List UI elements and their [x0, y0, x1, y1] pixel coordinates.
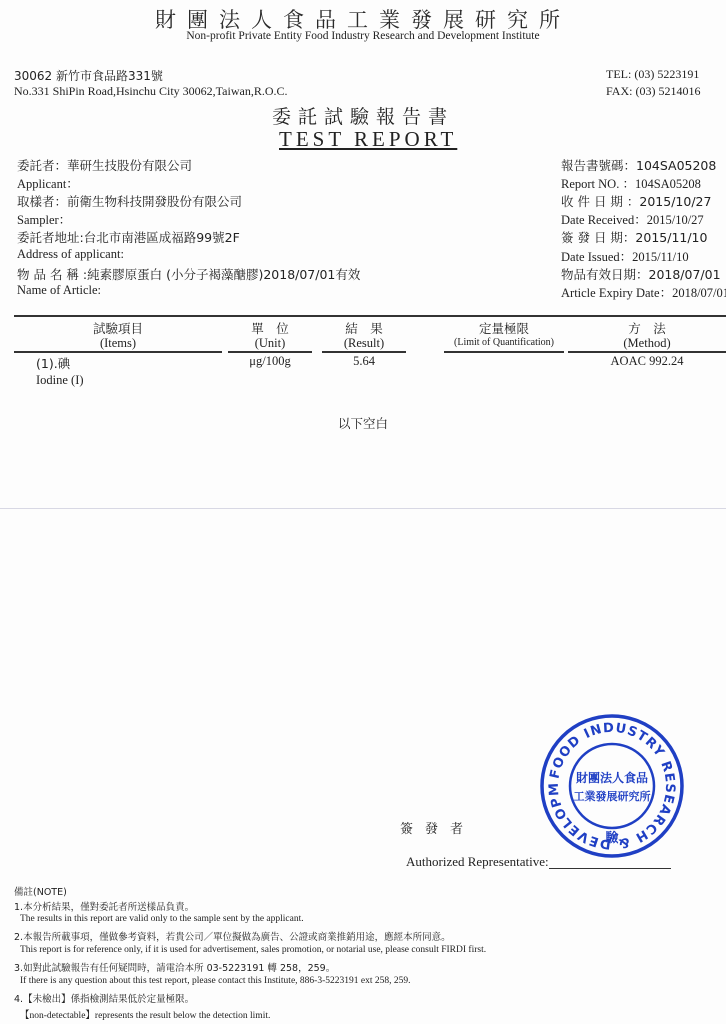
institute-name-en: Non-profit Private Entity Food Industry …	[0, 30, 726, 42]
note-1-en: The results in this report are valid onl…	[20, 914, 304, 924]
note-1-cn: 1.本分析結果，僅對委託者所送樣品負責。	[14, 899, 194, 913]
report-number-cn: 報告書號碼：104SA05208	[561, 156, 716, 174]
report-title-cn: 委託試驗報告書	[0, 102, 726, 129]
sampler-cn: 取樣者：前衛生物科技開發股份有限公司	[17, 192, 242, 210]
header-rule	[228, 351, 312, 353]
note-2-en: This report is for reference only, if it…	[20, 945, 486, 955]
expiry-date-en: Article Expiry Date：2018/07/01	[561, 283, 726, 301]
address-en: No.331 ShiPin Road,Hsinchu City 30062,Ta…	[14, 84, 288, 99]
institute-seal-stamp: FOOD INDUSTRY RESEARCH & DEVELOPMENT INS…	[538, 712, 686, 860]
note-2-cn: 2.本報告所載事項，僅做參考資料，若貴公司／單位擬做為廣告、公證或商業推銷用途，…	[14, 929, 451, 943]
article-name-en: Name of Article:	[17, 283, 101, 298]
date-received-en: Date Received：2015/10/27	[561, 210, 704, 228]
header-result-en: (Result)	[322, 336, 406, 351]
end-of-results-note: 以下空白	[0, 414, 726, 432]
header-loq-cn: 定量極限	[444, 319, 564, 337]
date-issued-en: Date Issued：2015/11/10	[561, 247, 689, 265]
sampler-en: Sampler：	[17, 210, 71, 228]
date-issued-cn: 簽 發 日 期：2015/11/10	[561, 228, 707, 246]
item-name-en: Iodine (I)	[36, 373, 84, 388]
svg-text:工業發展研究所: 工業發展研究所	[574, 789, 651, 803]
report-title-en: TEST REPORT	[279, 127, 457, 152]
note-4-cn: 4.【未檢出】係指檢測結果低於定量極限。	[14, 991, 194, 1005]
item-method: AOAC 992.24	[568, 354, 726, 369]
header-result-cn: 結 果	[322, 319, 406, 337]
signature-line	[549, 868, 671, 869]
applicant-cn: 委託者：華研生技股份有限公司	[17, 156, 192, 174]
fax: FAX: (03) 5214016	[606, 84, 700, 99]
table-top-rule	[14, 315, 726, 317]
header-items-cn: 試驗項目	[14, 319, 222, 337]
telephone: TEL: (03) 5223191	[606, 67, 699, 82]
expiry-date-cn: 物品有效日期：2018/07/01	[561, 265, 721, 283]
report-number-en: Report NO. ：104SA05208	[561, 174, 701, 192]
article-name-cn: 物 品 名 稱 :純素膠原蛋白 (小分子褐藻醣膠)2018/07/01有效	[17, 265, 360, 283]
note-4-en: 【non-detectable】represents the result be…	[20, 1007, 270, 1021]
header-unit-cn: 單 位	[228, 319, 312, 337]
item-unit: μg/100g	[228, 354, 312, 369]
header-rule	[322, 351, 406, 353]
svg-text:驗: 驗	[604, 830, 619, 846]
header-rule	[444, 351, 564, 353]
applicant-en: Applicant：	[17, 174, 79, 192]
date-received-cn: 收 件 日 期 ：2015/10/27	[561, 192, 711, 210]
header-rule	[14, 351, 222, 353]
signatory-label-en: Authorized Representative:	[406, 854, 549, 870]
header-rule	[568, 351, 726, 353]
seal-icon: FOOD INDUSTRY RESEARCH & DEVELOPMENT INS…	[538, 712, 686, 860]
note-3-cn: 3.如對此試驗報告有任何疑問時，請電洽本所 03-5223191 轉 258，2…	[14, 960, 335, 974]
header-items-en: (Items)	[14, 336, 222, 351]
address-cn: 30062 新竹市食品路331號	[14, 67, 163, 84]
notes-title: 備註(NOTE)	[14, 884, 67, 898]
applicant-address-en: Address of applicant:	[17, 247, 124, 262]
seal-inner-ring	[570, 744, 654, 828]
header-loq-en: (Limit of Quantification)	[444, 337, 564, 348]
header-method-cn: 方 法	[568, 319, 726, 337]
paper-fold-line	[0, 508, 726, 509]
svg-text:財團法人食品: 財團法人食品	[576, 770, 648, 785]
header-unit-en: (Unit)	[228, 336, 312, 351]
header-method-en: (Method)	[568, 336, 726, 351]
item-name-cn: (1).碘	[36, 354, 70, 372]
note-3-en: If there is any question about this test…	[20, 976, 410, 986]
applicant-address-cn: 委託者地址:台北市南港區成福路99號2F	[17, 228, 240, 246]
item-result: 5.64	[322, 354, 406, 369]
signatory-label-cn: 簽發者	[400, 818, 475, 837]
